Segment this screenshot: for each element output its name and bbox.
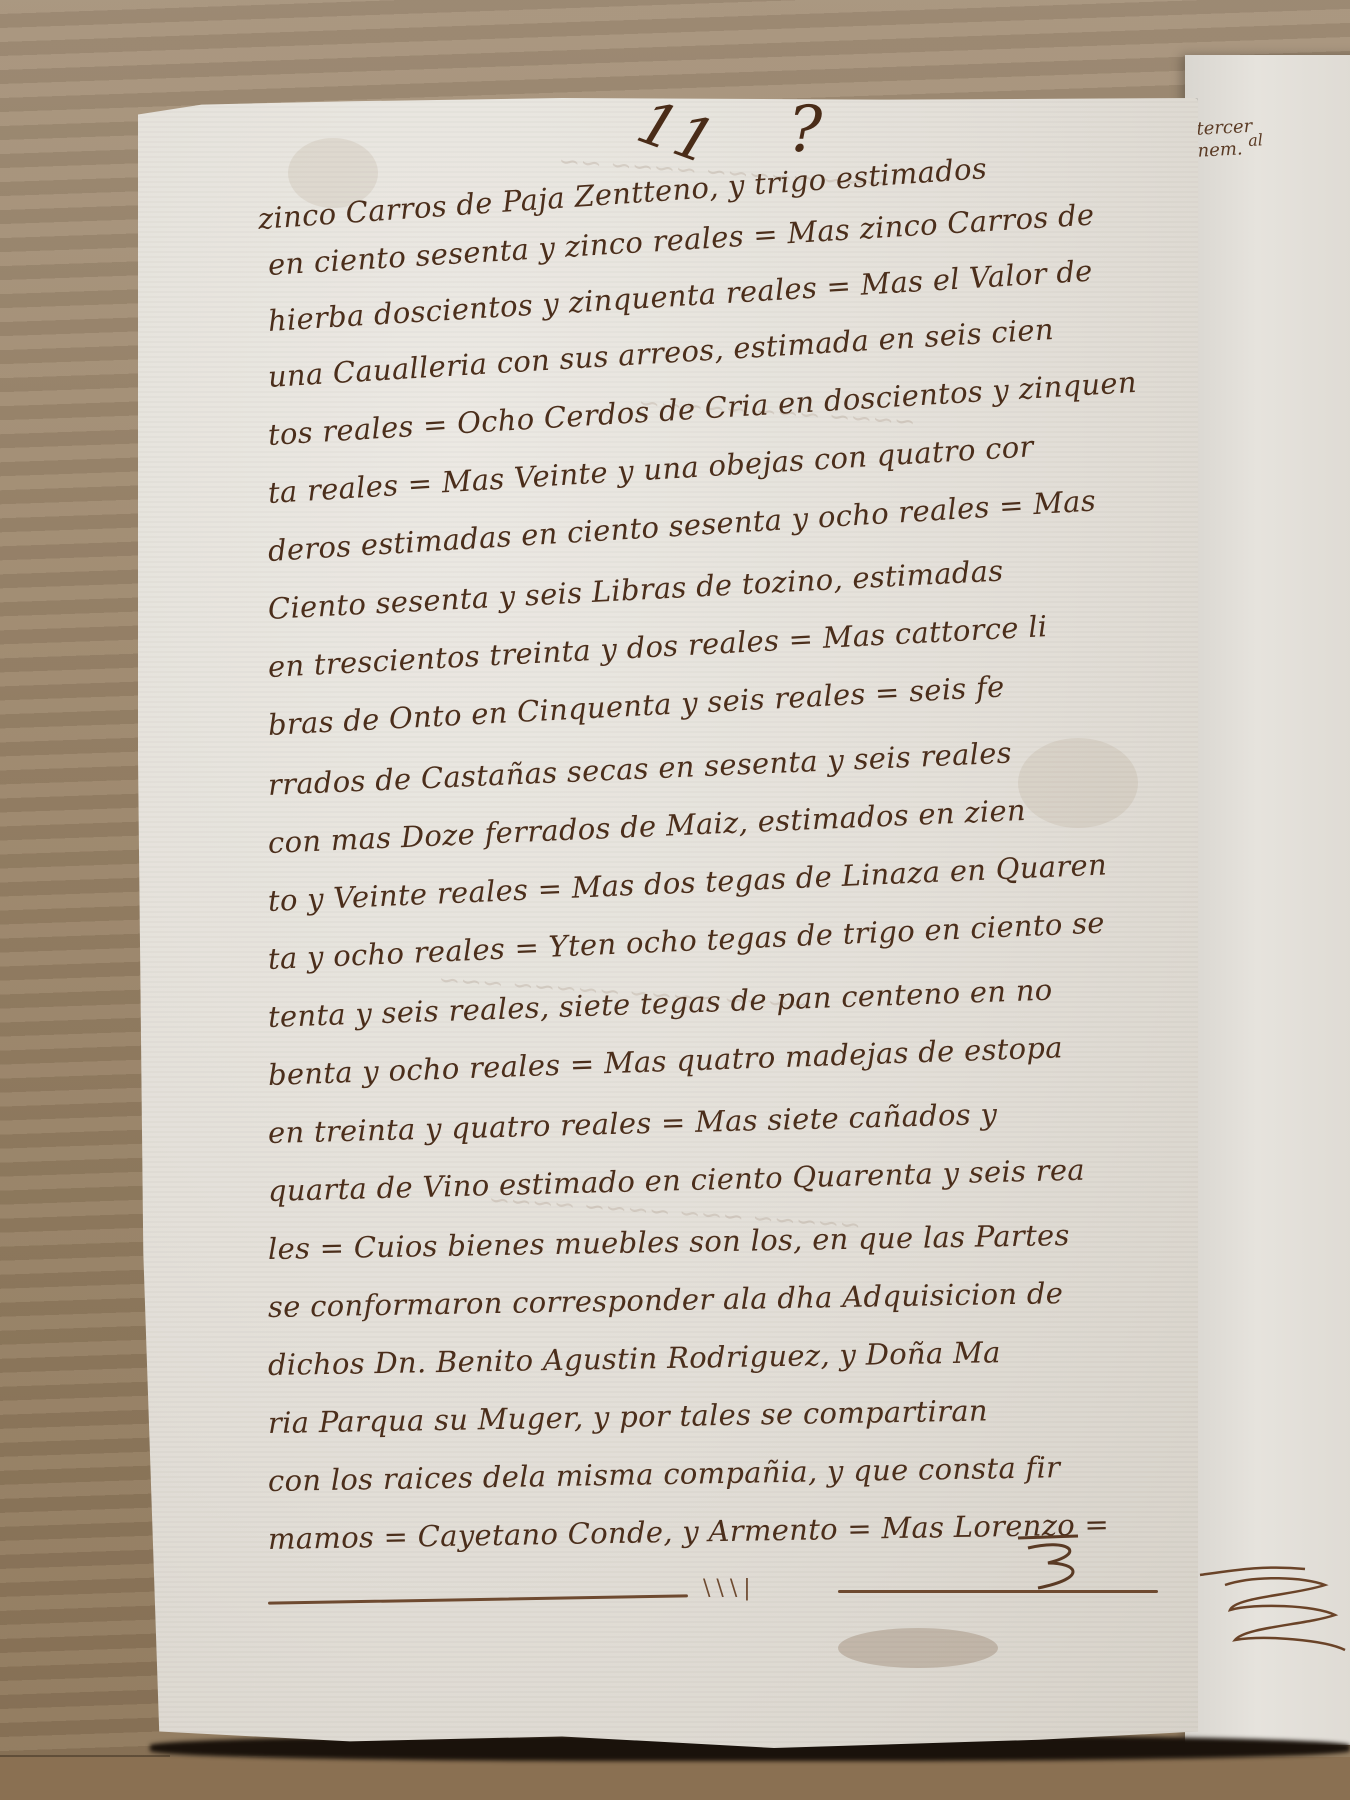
manuscript-page: ~~~ ~~~~~ ~~~~ ~~ ~~~~ ~~~ ~~~~~ ~~~~ ~~… — [138, 98, 1198, 1748]
text-line-19: les = Cuios bienes muebles son los, en q… — [268, 1218, 1070, 1266]
text-line-21: dichos Dn. Benito Agustin Rodriguez, y D… — [268, 1335, 1001, 1382]
folio-mark: ? — [788, 93, 822, 167]
closing-rule-right — [838, 1590, 1158, 1593]
water-stain — [838, 1628, 998, 1668]
text-line-13: to y Veinte reales = Mas dos tegas de Li… — [267, 847, 1107, 918]
text-line-12: con mas Doze ferrados de Maiz, estimados… — [267, 793, 1026, 860]
text-line-22: ria Parqua su Muger, y por tales se comp… — [268, 1393, 988, 1440]
closing-ticks: \\\| — [703, 1576, 757, 1601]
water-stain — [1018, 738, 1138, 828]
text-line-10: bras de Onto en Cinquenta y seis reales … — [267, 669, 1005, 742]
text-line-23: con los raices dela misma compañia, y qu… — [268, 1450, 1061, 1498]
text-line-17: en treinta y quatro reales = Mas siete c… — [268, 1097, 998, 1150]
text-line-8: Ciento sesenta y seis Libras de tozino, … — [267, 553, 1004, 625]
margin-note-line2: nem. — [1197, 138, 1243, 161]
paraph-flourish-icon — [1008, 1518, 1098, 1598]
margin-note: tercer nem.al — [1196, 115, 1264, 162]
text-line-14: ta y ocho reales = Yten ocho tegas de tr… — [267, 905, 1105, 975]
adjacent-sheet: tercer nem.al — [1185, 55, 1350, 1745]
text-line-11: rrados de Castañas secas en sesenta y se… — [267, 736, 1012, 802]
closing-rule-left — [268, 1594, 688, 1604]
text-line-16: benta y ocho reales = Mas quatro madejas… — [267, 1030, 1063, 1092]
text-line-20: se conformaron corresponder ala dha Adqu… — [268, 1276, 1064, 1324]
text-line-24: mamos = Cayetano Conde, y Armento = Mas … — [268, 1507, 1110, 1556]
margin-note-superscript: al — [1248, 130, 1264, 150]
margin-note-line1: tercer — [1196, 116, 1253, 140]
cardboard-lower-flap — [0, 1757, 1350, 1800]
signature-flourish-icon — [1195, 1555, 1350, 1665]
cardboard-seam — [0, 1755, 170, 1757]
